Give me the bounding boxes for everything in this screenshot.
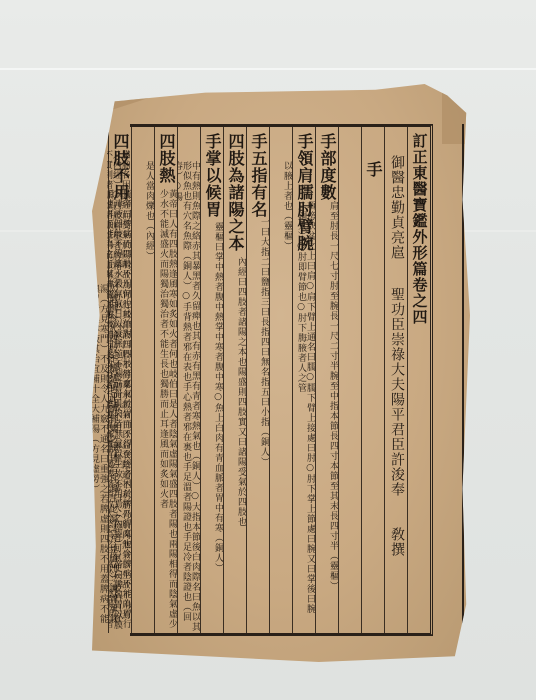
entry-column: 手掌以候胃 靈樞曰掌中熱者腹中熱掌中寒者腹中寒○魚上白肉有青血脈者胃中有寒（銅人… — [200, 127, 223, 633]
compiler-line-3: 敎撰 — [390, 527, 404, 557]
book-page: 訂正東醫寶鑑外形篇卷之四 御醫忠勤貞亮扈 聖功臣崇祿大夫陽平君臣許浚奉 敎撰 手… — [92, 84, 470, 662]
entry-text: 靈樞曰掌中熱者腹中熱掌中寒者腹中寒○魚上白肉有青血脈者胃中有寒（銅人） — [213, 222, 222, 573]
entry-heading: 四肢為諸陽之本 — [227, 133, 243, 252]
entry-column: 四肢熱 黃帝曰人有四肢熱逢風寒如炙如火者何也岐伯曰是人者陰氣虛陽氣盛四肢者陽也兩… — [154, 127, 177, 633]
entry-column: 是人當肉爍也（內經） — [131, 127, 154, 633]
title-column: 訂正東醫寶鑑外形篇卷之四 — [407, 127, 430, 633]
entry-text: 中有熱則魚際之絡赤其暴黑者久留痺也其有赤有黑有青者寒熱氣也（銅人）○大指本節後白… — [177, 161, 199, 633]
entry-column: 以腋上者也（靈樞） — [269, 127, 292, 633]
entry-column: 手五指有名 一曰大指二曰鹽指三曰長指四曰無名指五曰小指（銅人） — [246, 127, 269, 633]
fabric-fold — [0, 68, 536, 70]
entry-text: 太過則令人四肢不舉是也此謂膏粱之疾其治宜瀉三化湯（方見風門）調胃承氣湯（方見寒門… — [89, 284, 116, 624]
compiler-line-1: 御醫忠勤貞亮扈 — [390, 155, 404, 260]
blank-column — [338, 127, 361, 633]
printed-frame: 訂正東醫寶鑑外形篇卷之四 御醫忠勤貞亮扈 聖功臣崇祿大夫陽平君臣許浚奉 敎撰 手… — [130, 124, 433, 636]
section-heading: 手 — [365, 161, 381, 178]
entry-heading: 四肢熱 — [158, 133, 174, 184]
entry-heading: 手掌以候胃 — [204, 133, 220, 218]
torn-edge — [442, 84, 470, 144]
entry-column: 手部度數 肩至肘長一尺七寸肘至腕長一尺二寸半腕至中指本節長四寸本節至其末長四寸半… — [315, 127, 338, 633]
book-title: 訂正東醫寶鑑外形篇卷之四 — [412, 133, 427, 325]
entry-column: 手領肩臑肘臂腕 項傍缺盆之上曰肩○肩下臂上通名曰臑○臑下臂上接處曰肘○肘下掌上節… — [292, 127, 315, 633]
left-edge-column: 太過則令人四肢不舉是也此謂膏粱之疾其治宜瀉三化湯（方見風門）調胃承氣湯（方見寒門… — [88, 284, 102, 624]
compiler-line-2: 聖功臣崇祿大夫陽平君臣許浚奉 — [390, 287, 404, 497]
text-columns: 訂正東醫寶鑑外形篇卷之四 御醫忠勤貞亮扈 聖功臣崇祿大夫陽平君臣許浚奉 敎撰 手… — [130, 127, 430, 633]
spine-rule — [462, 124, 464, 630]
compiler-column: 御醫忠勤貞亮扈 聖功臣崇祿大夫陽平君臣許浚奉 敎撰 — [384, 127, 407, 633]
entry-text: 肩至肘長一尺七寸肘至腕長一尺二寸半腕至中指本節長四寸本節至其末長四寸半（靈樞） — [328, 201, 337, 591]
entry-text: 黃帝曰人有四肢熱逢風寒如炙如火者何也岐伯曰是人者陰氣虛陽氣盛四肢者陽也兩陽相得而… — [158, 189, 176, 633]
entry-heading: 手五指有名 — [250, 133, 266, 218]
entry-text: 項傍缺盆之上曰肩○肩下臂上通名曰臑○臑下臂上接處曰肘○肘下掌上節處曰腕又曰掌後曰… — [296, 201, 314, 633]
torn-corner — [90, 75, 154, 114]
binding-thread — [470, 287, 496, 342]
entry-column: 中有熱則魚際之絡赤其暴黑者久留痺也其有赤有黑有青者寒熱氣也（銅人）○大指本節後白… — [177, 127, 200, 633]
entry-text: 是人當肉爍也（內經） — [144, 161, 153, 261]
entry-text: 內經曰四肢者諸陽之本也陽盛則四肢實又曰諸陽受氣於四肢也 — [236, 257, 245, 527]
entry-text: 以腋上者也（靈樞） — [282, 161, 291, 251]
entry-column: 四肢為諸陽之本 內經曰四肢者諸陽之本也陽盛則四肢實又曰諸陽受氣於四肢也 — [223, 127, 246, 633]
entry-text: 一曰大指二曰鹽指三曰長指四曰無名指五曰小指（銅人） — [259, 217, 268, 467]
binding-thread — [471, 604, 483, 683]
entry-heading: 手部度數 — [319, 133, 335, 201]
section-column: 手 — [361, 127, 384, 633]
